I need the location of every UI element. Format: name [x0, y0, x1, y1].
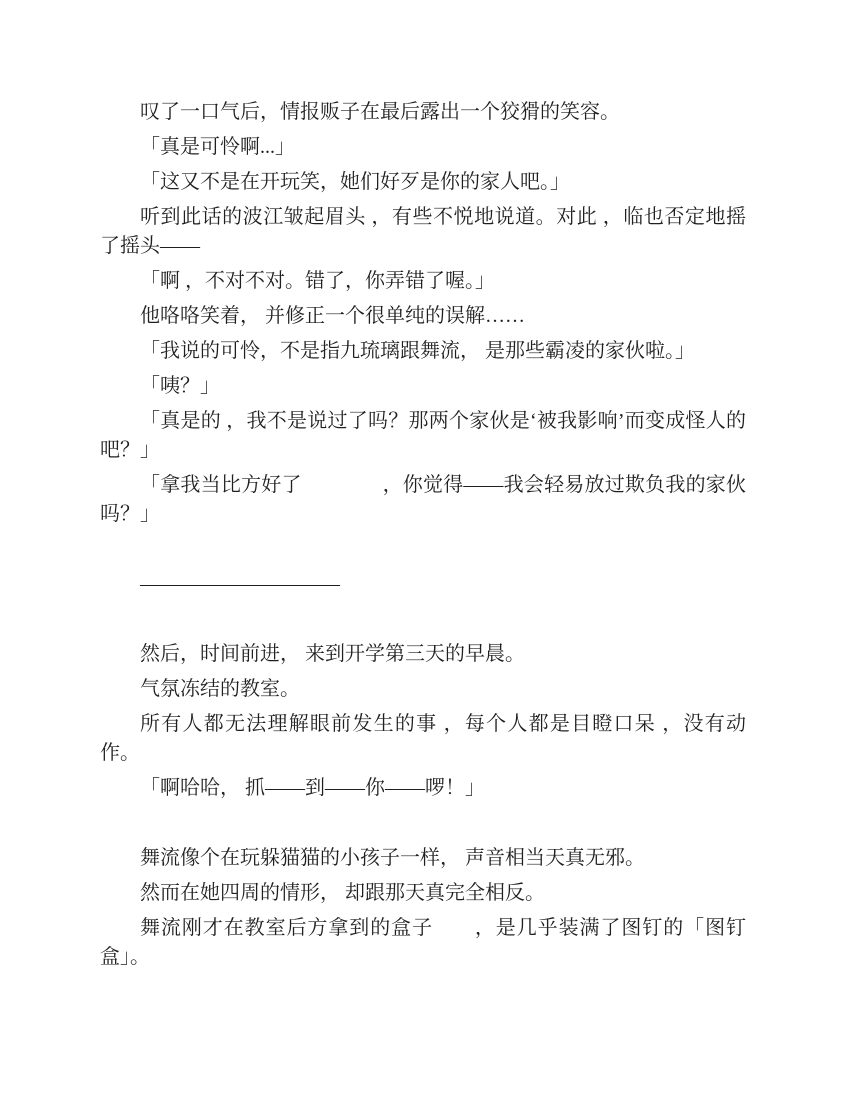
- blank-line: [100, 605, 746, 634]
- blank-line: [100, 809, 746, 838]
- paragraph: 他咯咯笑着， 并修正一个很单纯的误解……: [100, 302, 746, 331]
- paragraph: 听到此话的波江皱起眉头 ，有些不悦地说道。对此 ，临也否定地摇了摇头——: [100, 203, 746, 261]
- paragraph: 「拿我当比方好了 ，你觉得——我会轻易放过欺负我的家伙吗？」: [100, 471, 746, 529]
- paragraph: 「我说的可怜，不是指九琉璃跟舞流， 是那些霸凌的家伙啦。」: [100, 337, 746, 366]
- paragraph: 「真是的 ，我不是说过了吗？那两个家伙是‘被我影响’而变成怪人的吧？」: [100, 407, 746, 465]
- paragraph: 「啊哈哈， 抓——到——你——啰！」: [100, 774, 746, 803]
- paragraph: 所有人都无法理解眼前发生的事 ，每个人都是目瞪口呆 ，没有动作。: [100, 710, 746, 768]
- paragraph: 舞流像个在玩躲猫猫的小孩子一样， 声音相当天真无邪。: [100, 844, 746, 873]
- paragraph: 「啊 ，不对不对。错了，你弄错了喔。」: [100, 267, 746, 296]
- paragraph: 「这又不是在开玩笑，她们好歹是你的家人吧。」: [100, 168, 746, 197]
- section-separator: ——————————: [100, 570, 746, 599]
- paragraph: 然后，时间前进， 来到开学第三天的早晨。: [100, 640, 746, 669]
- paragraph: 「真是可怜啊...」: [100, 133, 746, 162]
- paragraph: 「咦？」: [100, 372, 746, 401]
- paragraph: 气氛冻结的教室。: [100, 675, 746, 704]
- blank-line: [100, 535, 746, 564]
- document-page: 叹了一口气后，情报贩子在最后露出一个狡猾的笑容。「真是可怜啊...」「这又不是在…: [0, 0, 850, 1100]
- paragraph: 然而在她四周的情形， 却跟那天真完全相反。: [100, 879, 746, 908]
- page-text: 叹了一口气后，情报贩子在最后露出一个狡猾的笑容。「真是可怜啊...」「这又不是在…: [100, 98, 746, 978]
- paragraph: 舞流刚才在教室后方拿到的盒子 ，是几乎装满了图钉的「图钉盒」。: [100, 914, 746, 972]
- paragraph: 叹了一口气后，情报贩子在最后露出一个狡猾的笑容。: [100, 98, 746, 127]
